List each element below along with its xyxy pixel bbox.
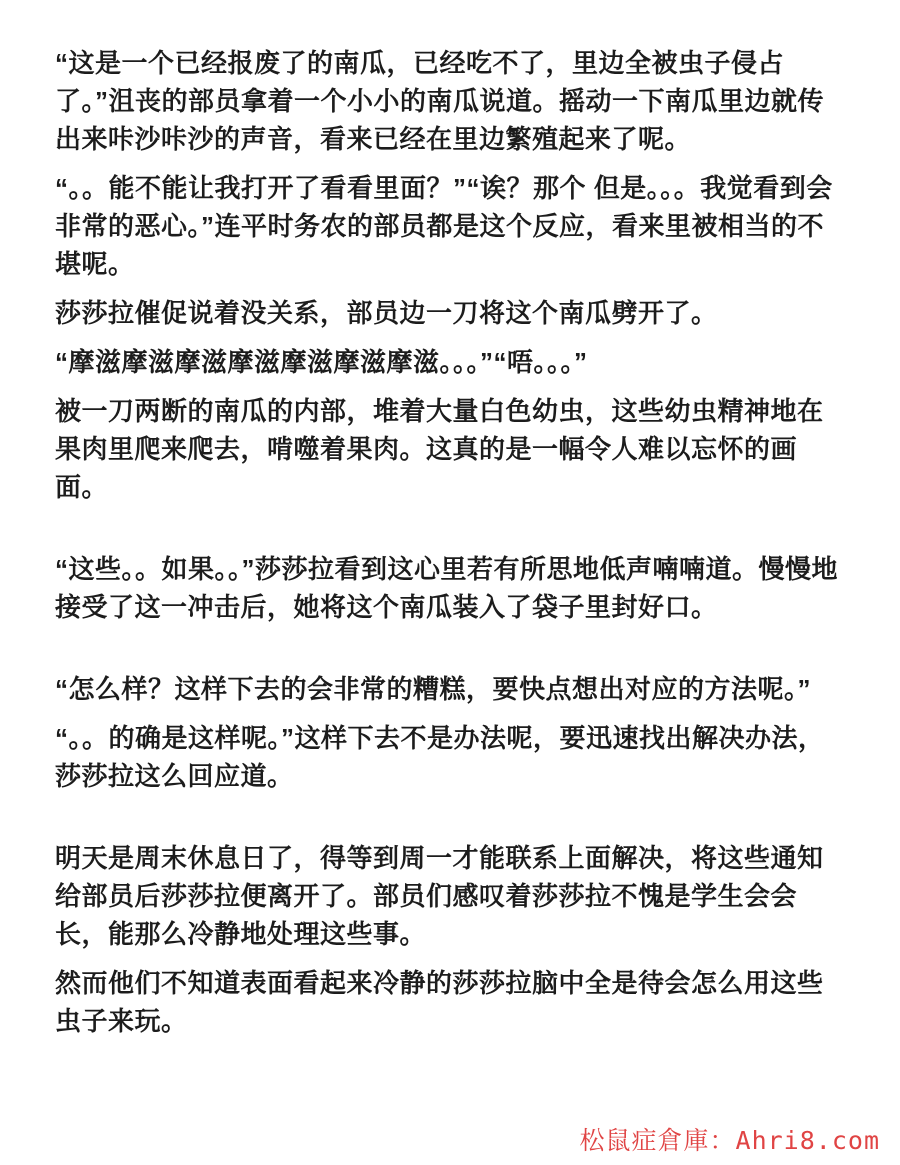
paragraph: “。。的确是这样呢。”这样下去不是办法呢，要迅速找出解决办法，莎莎拉这么回应道。: [55, 719, 847, 795]
paragraph: 莎莎拉催促说着没关系，部员边一刀将这个南瓜劈开了。: [55, 294, 847, 332]
paragraph: “这些。。如果。。”莎莎拉看到这心里若有所思地低声喃喃道。慢慢地接受了这一冲击后…: [55, 550, 847, 626]
paragraph: “怎么样？这样下去的会非常的糟糕，要快点想出对应的方法呢。”: [55, 670, 847, 708]
story-text-block: “这是一个已经报废了的南瓜，已经吃不了，里边全被虫子侵占了。”沮丧的部员拿着一个…: [55, 44, 847, 1051]
document-page: “这是一个已经报废了的南瓜，已经吃不了，里边全被虫子侵占了。”沮丧的部员拿着一个…: [0, 0, 900, 1165]
paragraph: “这是一个已经报废了的南瓜，已经吃不了，里边全被虫子侵占了。”沮丧的部员拿着一个…: [55, 44, 847, 158]
paragraph: 明天是周末休息日了，得等到周一才能联系上面解决，将这些通知给部员后莎莎拉便离开了…: [55, 839, 847, 953]
paragraph: 然而他们不知道表面看起来冷静的莎莎拉脑中全是待会怎么用这些虫子来玩。: [55, 964, 847, 1040]
paragraph: 被一刀两断的南瓜的内部，堆着大量白色幼虫，这些幼虫精神地在果肉里爬来爬去，啃噬着…: [55, 392, 847, 506]
paragraph: “。。能不能让我打开了看看里面？”“诶？那个 但是。。。我觉看到会非常的恶心。”…: [55, 169, 847, 283]
site-watermark: 松鼠症倉庫：Ahri8.com: [580, 1121, 880, 1157]
paragraph: “摩滋摩滋摩滋摩滋摩滋摩滋摩滋。。。”“唔。。。”: [55, 343, 847, 381]
